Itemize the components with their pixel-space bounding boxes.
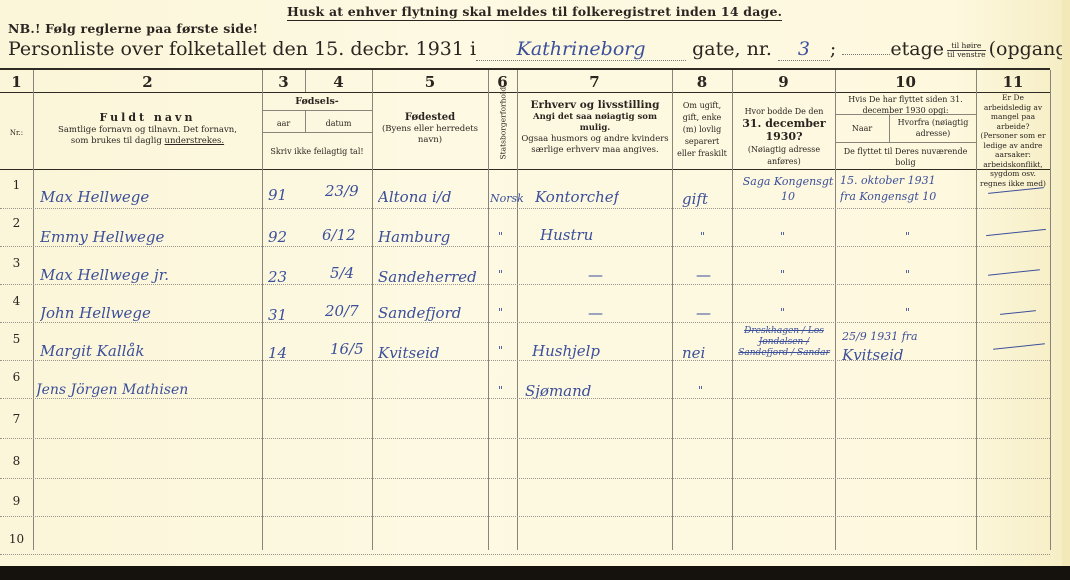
moved-from-cell[interactable]: fra Kongensgt 10 (840, 190, 936, 203)
birth-title: Fødsels- (295, 96, 339, 107)
entrance-label: (opgang nr. (989, 38, 1070, 60)
row-separator (0, 554, 1050, 555)
street-suffix: gate, nr. (692, 38, 772, 60)
header-rule (0, 92, 1050, 93)
birthplace-cell[interactable]: Altona i/d (378, 188, 452, 206)
row-separator (0, 438, 1050, 439)
birth-date-cell[interactable]: 16/5 (330, 340, 364, 358)
marital-cell[interactable]: gift (682, 190, 708, 208)
floor-label: etage (890, 38, 944, 60)
floor-side-fraction: til høiretil venstre (947, 42, 986, 59)
moved-when-cell[interactable]: 15. oktober 1931 (840, 174, 936, 187)
row-separator (0, 246, 1050, 247)
marital-cell[interactable]: " (698, 384, 703, 397)
row-number: 8 (0, 454, 33, 468)
moving-reminder: Husk at enhver flytning skal meldes til … (287, 4, 782, 21)
header-moved-from: Hvorfra (nøiagtig adresse) (890, 117, 976, 139)
header-birthplace: Fødested (Byens eller herredets navn) (378, 112, 482, 146)
subheader-rule (835, 142, 976, 143)
occupation-cell[interactable]: — (588, 304, 603, 322)
citizenship-cell[interactable]: " (498, 384, 503, 397)
row-number: 2 (0, 216, 33, 230)
citizenship-cell[interactable]: " (498, 268, 503, 281)
header-full-name: Fuldt navn Samtlige fornavn og tilnavn. … (33, 112, 262, 147)
row-separator (0, 478, 1050, 479)
citizenship-cell[interactable]: " (498, 306, 503, 319)
name-cell[interactable]: John Hellwege (40, 304, 151, 322)
birthplace-cell[interactable]: Sandefjord (378, 304, 461, 322)
marital-cell[interactable]: " (700, 230, 705, 243)
header-date: datum (305, 118, 372, 129)
floor-number-field[interactable] (842, 54, 890, 55)
header-moved-note: De flyttet til Deres nuværende bolig (838, 146, 973, 168)
birth-date-cell[interactable]: 5/4 (330, 264, 354, 282)
col-number-7: 7 (517, 72, 672, 92)
birth-date-cell[interactable]: 6/12 (322, 226, 356, 244)
full-name-note: Samtlige fornavn og tilnavn. Det fornavn… (58, 125, 237, 135)
row-number: 9 (0, 494, 33, 508)
name-cell[interactable]: Margit Kallåk (40, 342, 144, 360)
moved-when-cell[interactable]: 25/9 1931 fra (842, 330, 918, 343)
col-number-2: 2 (33, 72, 262, 92)
col-number-11: 11 (976, 72, 1050, 92)
row-number: 6 (0, 370, 33, 384)
header-occupation: Erhverv og livsstilling Angi det saa nøi… (520, 100, 670, 156)
full-name-note2: som brukes til daglig (71, 136, 162, 146)
row-separator (0, 284, 1050, 285)
unemployed-dash (986, 229, 1046, 236)
col-number-5: 5 (372, 72, 488, 92)
header-bottom-rule (0, 169, 1050, 170)
occupation-note1: Angi det saa nøiagtig som mulig. (533, 112, 657, 133)
paper-edge (1062, 0, 1070, 580)
header-citizenship: Statsborgerforhold (498, 96, 509, 160)
birth-date-cell[interactable]: 23/9 (325, 182, 359, 200)
marital-cell[interactable]: — (696, 304, 711, 322)
col-number-4: 4 (305, 72, 372, 92)
birthplace-title: Fødested (405, 112, 455, 123)
unemployed-dash (1000, 310, 1036, 315)
header-birth: Fødsels- (262, 96, 372, 108)
semicolon: ; (830, 38, 836, 60)
col-number-9: 9 (732, 72, 835, 92)
header-address-1930: Hvor bodde De den 31. december 1930? (Nø… (736, 106, 832, 168)
address-1930-cell[interactable]: " (780, 268, 785, 281)
scan-border (0, 566, 1070, 580)
occupation-cell[interactable]: Hustru (540, 226, 593, 244)
address-1930-line3: (Nøiagtig adresse anføres) (748, 145, 820, 166)
birthplace-cell[interactable]: Hamburg (378, 228, 450, 246)
header-no-wrong-digits: Skriv ikke feilagtig tal! (262, 146, 372, 157)
unemployed-dash (988, 269, 1040, 275)
row-separator (0, 322, 1050, 323)
subheader-rule (262, 132, 372, 133)
unemployed-dash (993, 343, 1045, 349)
name-cell[interactable]: Max Hellwege (40, 188, 149, 206)
occupation-cell[interactable]: — (588, 266, 603, 284)
address-1930-cell[interactable]: Dreskhagen / Los Jondalsen / Sandefjord … (734, 326, 834, 359)
birthplace-note: (Byens eller herredets navn) (382, 124, 478, 145)
title-prefix: Personliste over folketallet den 15. dec… (8, 38, 476, 60)
col-divider (1050, 70, 1051, 550)
moved-when-cell[interactable]: " (905, 268, 910, 281)
address-1930-cell[interactable]: " (780, 230, 785, 243)
row-number: 10 (0, 532, 33, 546)
row-separator (0, 398, 1050, 399)
citizenship-cell[interactable]: Norsk (490, 192, 524, 205)
header-year: aar (262, 118, 305, 129)
col-divider (305, 70, 306, 92)
col-number-10: 10 (835, 72, 976, 92)
subheader-rule (262, 110, 372, 111)
row-separator (0, 360, 1050, 361)
name-cell[interactable]: Jens Jörgen Mathisen (36, 382, 262, 398)
row-number: 5 (0, 332, 33, 346)
moved-from-cell[interactable]: Kvitseid (842, 346, 903, 364)
birth-year-cell[interactable]: 91 (268, 186, 287, 204)
col-number-3: 3 (262, 72, 305, 92)
marital-cell[interactable]: — (696, 266, 711, 284)
nb-notice: NB.! Følg reglerne paa første side! (8, 21, 258, 36)
address-1930-line1: Hvor bodde De den (745, 107, 824, 116)
address-1930-cell[interactable]: " (780, 306, 785, 319)
occupation-cell[interactable]: Hushjelp (532, 342, 600, 360)
header-nr: Nr.: (0, 128, 33, 139)
moved-when-cell[interactable]: " (905, 230, 910, 243)
address-1930-cell[interactable]: Saga Kongensgt 10 (742, 174, 834, 204)
row-number: 1 (0, 178, 33, 192)
row-number: 3 (0, 256, 33, 270)
header-unemployed: Er De arbeidsledig av mangel paa arbeide… (978, 93, 1048, 188)
citizenship-cell[interactable]: " (498, 344, 503, 357)
col-number-1: 1 (0, 72, 33, 92)
header-marital: Om ugift, gift, enke (m) lovlig separert… (675, 100, 729, 160)
row-separator (0, 516, 1050, 517)
occupation-title: Erhverv og livsstilling (531, 99, 660, 111)
address-1930-line2: 31. december 1930? (742, 117, 825, 143)
occupation-cell[interactable]: Kontorchef (535, 188, 619, 206)
row-separator (0, 208, 1050, 209)
col-number-8: 8 (672, 72, 732, 92)
header-moved-when: Naar (835, 123, 889, 134)
unemployed-dash (988, 187, 1044, 194)
name-cell[interactable]: Emmy Hellwege (40, 228, 164, 246)
full-name-title: Fuldt navn (100, 111, 196, 124)
name-cell[interactable]: Max Hellwege jr. (40, 266, 169, 284)
census-table: 1 2 3 4 5 6 7 8 9 10 11 Nr.: (0, 68, 1050, 560)
citizenship-cell[interactable]: " (498, 230, 503, 243)
moved-when-cell[interactable]: " (905, 306, 910, 319)
birth-year-cell[interactable]: 92 (268, 228, 287, 246)
census-form-page: Husk at enhver flytning skal meldes til … (0, 0, 1062, 566)
house-number-field[interactable]: 3 (778, 38, 830, 61)
form-title-line: Personliste over folketallet den 15. dec… (8, 38, 1070, 61)
full-name-underline: understrekes. (164, 136, 224, 146)
row-number: 7 (0, 412, 33, 426)
floor-left: til venstre (947, 51, 986, 59)
header-moved: Hvis De har flyttet siden 31. december 1… (838, 94, 973, 116)
street-field[interactable]: Kathrineborg (476, 38, 686, 61)
birth-date-cell[interactable]: 20/7 (325, 302, 359, 320)
row-number: 4 (0, 294, 33, 308)
occupation-note2: Ogsaa husmors og andre kvinders særlige … (521, 134, 668, 155)
